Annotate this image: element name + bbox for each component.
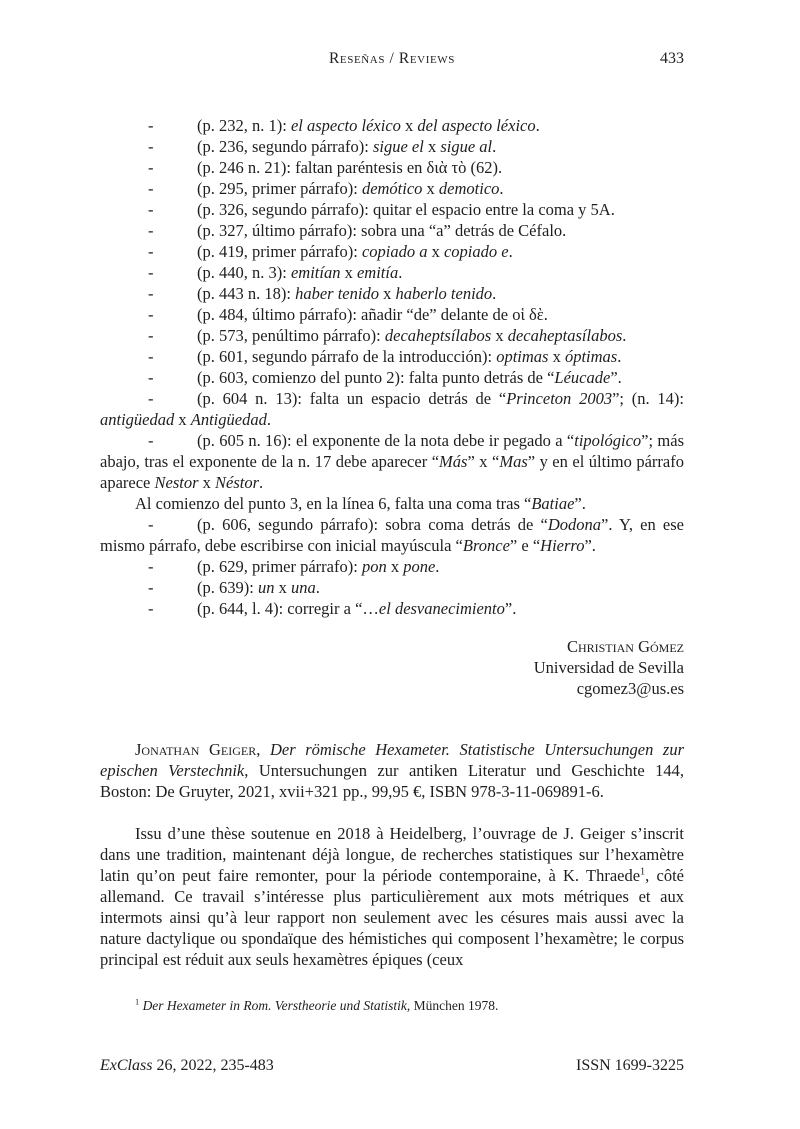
erratum-text: (p. 629, primer párrafo): pon x pone.	[197, 557, 439, 576]
erratum-text: (p. 603, comienzo del punto 2): falta pu…	[197, 368, 622, 387]
erratum-dash: -	[148, 346, 197, 367]
erratum-item: -(p. 419, primer párrafo): copiado a x c…	[100, 241, 684, 262]
erratum-dash: -	[148, 367, 197, 388]
erratum-dash: -	[148, 220, 197, 241]
erratum-dash: -	[148, 430, 197, 451]
review-body-paragraph: Issu d’une thèse soutenue en 2018 à Heid…	[100, 823, 684, 970]
erratum-text: (p. 232, n. 1): el aspecto léxico x del …	[197, 116, 540, 135]
running-header: Reseñas / Reviews 433	[100, 50, 684, 72]
erratum-dash: -	[148, 388, 197, 409]
erratum-dash: -	[148, 157, 197, 178]
erratum-text: (p. 573, penúltimo párrafo): decaheptsíl…	[197, 326, 626, 345]
erratum-dash: -	[148, 283, 197, 304]
erratum-item: -(p. 573, penúltimo párrafo): decaheptsí…	[100, 325, 684, 346]
erratum-dash: -	[148, 178, 197, 199]
journal-reference: ExClass 26, 2022, 235-483	[100, 1057, 274, 1075]
page-footer: ExClass 26, 2022, 235-483 ISSN 1699-3225	[100, 1057, 684, 1075]
erratum-dash: -	[148, 115, 197, 136]
erratum-item: -(p. 443 n. 18): haber tenido x haberlo …	[100, 283, 684, 304]
erratum-dash: -	[148, 556, 197, 577]
errata-list: -(p. 232, n. 1): el aspecto léxico x del…	[100, 115, 684, 619]
erratum-dash: -	[148, 262, 197, 283]
erratum-text: (p. 326, segundo párrafo): quitar el esp…	[197, 200, 615, 219]
erratum-item: -(p. 232, n. 1): el aspecto léxico x del…	[100, 115, 684, 136]
erratum-item: -(p. 601, segundo párrafo de la introduc…	[100, 346, 684, 367]
signature-block: Christian Gómez Universidad de Sevilla c…	[100, 636, 684, 699]
running-title: Reseñas / Reviews	[100, 50, 684, 68]
erratum-item: Al comienzo del punto 3, en la línea 6, …	[100, 493, 684, 514]
erratum-item: -(p. 327, último párrafo): sobra una “a”…	[100, 220, 684, 241]
book-citation: Jonathan Geiger, Der römische Hexameter.…	[100, 739, 684, 802]
erratum-text: (p. 295, primer párrafo): demótico x dem…	[197, 179, 504, 198]
erratum-dash: -	[148, 325, 197, 346]
erratum-item: -(p. 606, segundo párrafo): sobra coma d…	[100, 514, 684, 556]
erratum-item: -(p. 326, segundo párrafo): quitar el es…	[100, 199, 684, 220]
erratum-text: (p. 601, segundo párrafo de la introducc…	[197, 347, 621, 366]
journal-page: Reseñas / Reviews 433 -(p. 232, n. 1): e…	[0, 0, 800, 1129]
erratum-text: (p. 639): un x una.	[197, 578, 320, 597]
erratum-item: -(p. 604 n. 13): falta un espacio detrás…	[100, 388, 684, 430]
footnote: 1 Der Hexameter in Rom. Verstheorie und …	[100, 997, 684, 1014]
reviewer-email: cgomez3@us.es	[100, 678, 684, 699]
erratum-dash: -	[148, 136, 197, 157]
erratum-item: -(p. 236, segundo párrafo): sigue el x s…	[100, 136, 684, 157]
erratum-dash: -	[148, 598, 197, 619]
erratum-item: -(p. 440, n. 3): emitían x emitía.	[100, 262, 684, 283]
reviewer-affiliation: Universidad de Sevilla	[100, 657, 684, 678]
reviewer-name: Christian Gómez	[100, 636, 684, 657]
erratum-text: (p. 246 n. 21): faltan paréntesis en διὰ…	[197, 158, 502, 177]
erratum-text: (p. 419, primer párrafo): copiado a x co…	[197, 242, 513, 261]
erratum-dash: -	[148, 577, 197, 598]
erratum-item: -(p. 246 n. 21): faltan paréntesis en δι…	[100, 157, 684, 178]
erratum-item: -(p. 295, primer párrafo): demótico x de…	[100, 178, 684, 199]
erratum-item: -(p. 639): un x una.	[100, 577, 684, 598]
erratum-dash: -	[148, 304, 197, 325]
erratum-dash: -	[148, 199, 197, 220]
erratum-text: (p. 484, último párrafo): añadir “de” de…	[197, 305, 548, 324]
erratum-text: (p. 440, n. 3): emitían x emitía.	[197, 263, 402, 282]
erratum-item: -(p. 644, l. 4): corregir a “…el desvane…	[100, 598, 684, 619]
erratum-text: (p. 644, l. 4): corregir a “…el desvanec…	[197, 599, 516, 618]
erratum-text: (p. 443 n. 18): haber tenido x haberlo t…	[197, 284, 496, 303]
erratum-dash: -	[148, 514, 197, 535]
erratum-text: (p. 236, segundo párrafo): sigue el x si…	[197, 137, 496, 156]
erratum-text: Al comienzo del punto 3, en la línea 6, …	[135, 494, 586, 513]
erratum-text: (p. 327, último párrafo): sobra una “a” …	[197, 221, 566, 240]
erratum-item: -(p. 603, comienzo del punto 2): falta p…	[100, 367, 684, 388]
erratum-item: -(p. 484, último párrafo): añadir “de” d…	[100, 304, 684, 325]
erratum-item: -(p. 605 n. 16): el exponente de la nota…	[100, 430, 684, 493]
page-number: 433	[660, 50, 684, 68]
erratum-item: -(p. 629, primer párrafo): pon x pone.	[100, 556, 684, 577]
erratum-dash: -	[148, 241, 197, 262]
issn: ISSN 1699-3225	[576, 1057, 684, 1075]
